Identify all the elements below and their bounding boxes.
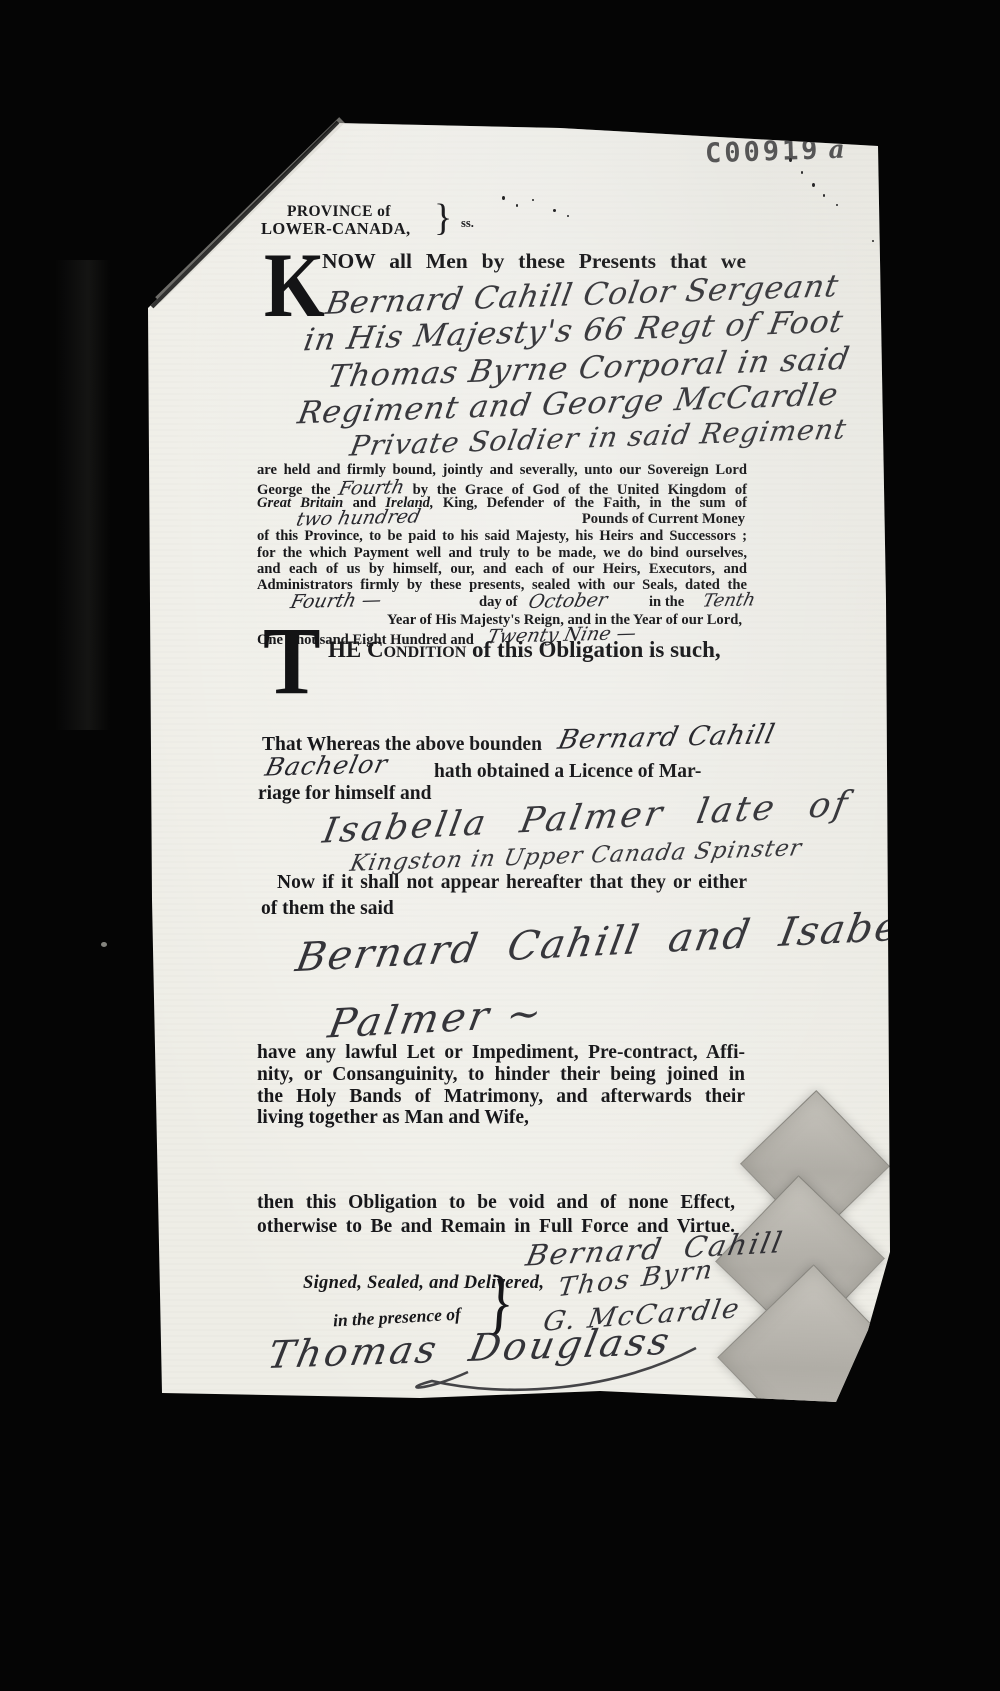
header-brace: }	[434, 197, 452, 240]
bond-date-line: Fourth — day of October in the Tenth	[257, 594, 747, 612]
proclamation-line: NOW all Men by these Presents that we	[322, 249, 746, 273]
stamp-suffix: a	[828, 135, 845, 165]
impediment-line: the Holy Bands of Matrimony, and afterwa…	[257, 1086, 745, 1108]
ink-speck	[502, 196, 505, 200]
whereas-line2: Bachelor hath obtained a Licence of Mar-	[266, 755, 701, 783]
bond-line: of this Province, to be paid to his said…	[257, 528, 747, 544]
ink-speck	[801, 171, 803, 174]
bond-text: in the	[649, 594, 684, 610]
header-ss-label: ss.	[461, 216, 474, 230]
impediment-line: have any lawful Let or Impediment, Pre-c…	[257, 1042, 745, 1064]
hand-names-line2: Palmer ~	[325, 990, 548, 1047]
ink-speck	[553, 209, 556, 212]
bond-line: two hundred Pounds of Current Money	[257, 511, 747, 528]
ink-speck	[101, 942, 107, 947]
hand-bachelor: Bachelor	[263, 750, 391, 781]
header-province-line1: PROVINCE of	[287, 203, 391, 220]
whereas-text: hath obtained a Licence of Mar-	[434, 761, 701, 782]
bond-text: day of	[479, 594, 518, 610]
dropcap-t: T	[263, 624, 321, 699]
ink-speck	[812, 183, 815, 187]
ink-speck	[532, 199, 534, 201]
bond-text: Pounds of Current Money	[582, 511, 745, 527]
ink-speck	[789, 158, 792, 162]
condition-tail: of this Obligation is such,	[472, 637, 721, 662]
signature-witness: Thomas Douglass	[264, 1319, 676, 1377]
impediment-line: nity, or Consanguinity, to hinder their …	[257, 1064, 745, 1086]
impediment-paragraph: have any lawful Let or Impediment, Pre-c…	[257, 1042, 745, 1129]
impediment-line: living together as Man and Wife,	[257, 1107, 745, 1129]
microfilm-frame: C00919a PROVINCE of LOWER-CANADA, } ss. …	[0, 0, 1000, 1691]
archive-stamp: C00919a	[705, 134, 846, 170]
now-line2: of them the said	[261, 898, 394, 920]
whereas-line3: riage for himself and	[258, 783, 432, 805]
condition-word: Condition	[367, 637, 466, 662]
ink-speck	[516, 204, 518, 207]
bond-line: George the Fourth by the Grace of God of…	[257, 478, 747, 494]
bond-line: and each of us by himself, our, and each…	[257, 561, 747, 577]
ink-speck	[823, 194, 825, 197]
dropcap-k: K	[264, 250, 325, 322]
bond-paragraph: are held and firmly bound, jointly and s…	[257, 462, 747, 646]
condition-he: HE	[328, 637, 361, 662]
bond-line: are held and firmly bound, jointly and s…	[257, 462, 747, 478]
stamp-number: C00919	[705, 134, 822, 169]
bond-text: King, Defender of the Faith, in the sum …	[443, 495, 747, 511]
hand-bounden-name: Bernard Cahill	[555, 720, 778, 756]
hand-regnal-year: Tenth	[701, 590, 758, 612]
closing-line1: then this Obligation to be void and of n…	[257, 1192, 735, 1214]
ink-speck	[567, 215, 569, 217]
bond-line: for the which Payment well and truly to …	[257, 545, 747, 561]
ink-speck	[872, 240, 874, 242]
paper-seal-bottom	[717, 1264, 906, 1453]
condition-heading: HE Condition of this Obligation is such,	[328, 637, 750, 663]
ink-speck	[836, 204, 838, 206]
hand-month: October	[526, 590, 609, 613]
now-line1: Now if it shall not appear hereafter tha…	[277, 872, 747, 894]
